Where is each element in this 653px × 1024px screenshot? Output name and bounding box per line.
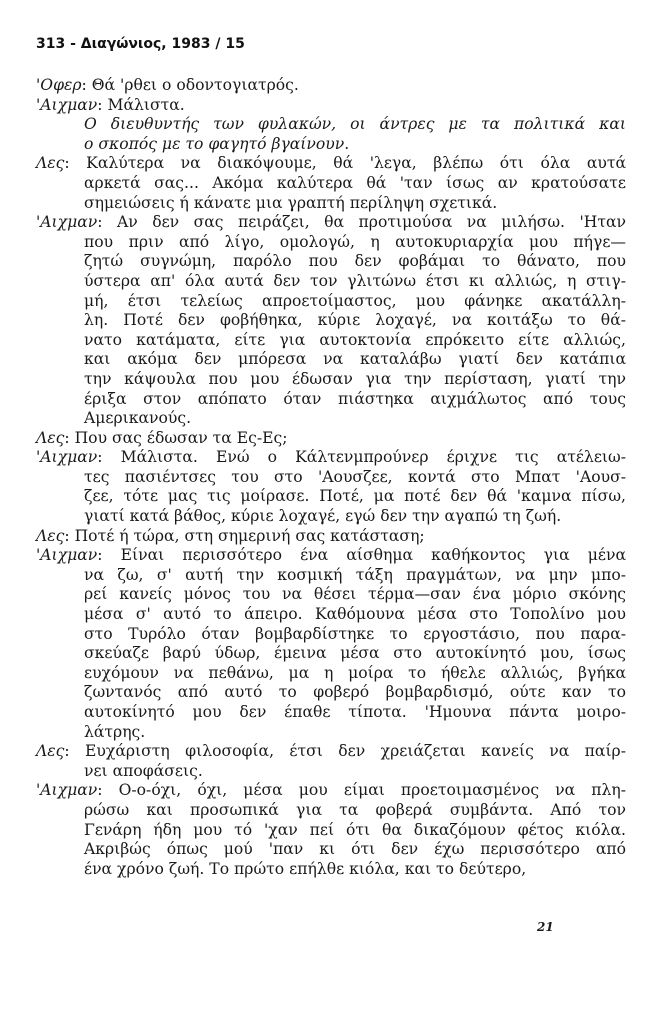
text-line: 'Οφερ: Θά 'ρθει ο οδοντογιατρός.	[36, 76, 626, 96]
text-line: σκεύαζε βαρύ ύδωρ, έμεινα μέσα στο αυτοκ…	[36, 644, 626, 664]
text-line: σημειώσεις ή κάνατε μια γραπτή περίληψη …	[36, 194, 626, 214]
text-line: να ζω, σ' αυτή την κοσμική τάξη πραγμάτω…	[36, 566, 626, 586]
text-line: νατο κατάματα, είτε για αυτοκτονία επρόκ…	[36, 331, 626, 351]
text-line: ευχόμουν να πεθάνω, μα η μοίρα το ήθελε …	[36, 664, 626, 684]
dialogue-turn: 'Αιχμαν: Μάλιστα.	[36, 96, 626, 116]
dialogue-turn: 'Αιχμαν: Μάλιστα. Ενώ ο Κάλτενμπρούνερ έ…	[36, 448, 626, 526]
text-line: και ακόμα δεν μπόρεσα να καταλάβω γιατί …	[36, 350, 626, 370]
dialogue-turn: 'Αιχμαν: Ο-ο-όχι, όχι, μέσα μου είμαι πρ…	[36, 781, 626, 879]
text-line: Λες: Καλύτερα να διακόψουμε, θά 'λεγα, β…	[36, 154, 626, 174]
text-line: τες πασιέντσες του στο 'Αουσζεε, κοντά σ…	[36, 468, 626, 488]
stage-direction: Ο διευθυντής των φυλακών, οι άντρες με τ…	[36, 115, 626, 154]
text-line: νει αποφάσεις.	[36, 762, 626, 782]
text-line: ο σκοπός με το φαγητό βγαίνουν.	[36, 135, 626, 155]
text-line: Λες: Που σας έδωσαν τα Ες-Ες;	[36, 429, 626, 449]
text-line: 'Αιχμαν: Αν δεν σας πειράζει, θα προτιμο…	[36, 213, 626, 233]
text-line: ζεε, τότε μας τις μοίρασε. Ποτέ, μα ποτέ…	[36, 487, 626, 507]
text-line: Λες: Ευχάριστη φιλοσοφία, έτσι δεν χρειά…	[36, 742, 626, 762]
dialogue-turn: Λες: Ποτέ ή τώρα, στη σημερινή σας κατάσ…	[36, 527, 626, 547]
text-line: ύστερα απ' όλα αυτά δεν τον γλιτώνω έτσι…	[36, 272, 626, 292]
speaker-name: Λες	[36, 429, 64, 447]
speaker-name: Λες	[36, 154, 64, 172]
speaker-name: 'Αιχμαν	[36, 546, 97, 564]
page-header: 313 - Διαγώνιος, 1983 / 15	[36, 36, 245, 52]
text-line: 'Αιχμαν: Μάλιστα.	[36, 96, 626, 116]
text-line: Ο διευθυντής των φυλακών, οι άντρες με τ…	[36, 115, 626, 135]
text-line: 'Αιχμαν: Ο-ο-όχι, όχι, μέσα μου είμαι πρ…	[36, 781, 626, 801]
text-line: Αμερικανούς.	[36, 409, 626, 429]
text-line: 'Αιχμαν: Μάλιστα. Ενώ ο Κάλτενμπρούνερ έ…	[36, 448, 626, 468]
text-line: στο Τυρόλο όταν βομβαρδίστηκε το εργοστά…	[36, 625, 626, 645]
dialogue-turn: 'Αιχμαν: Είναι περισσότερο ένα αίσθημα κ…	[36, 546, 626, 742]
dialogue-turn: 'Οφερ: Θά 'ρθει ο οδοντογιατρός.	[36, 76, 626, 96]
dialogue-turn: Λες: Ευχάριστη φιλοσοφία, έτσι δεν χρειά…	[36, 742, 626, 781]
speaker-name: 'Αιχμαν	[36, 96, 97, 114]
text-line: την κάψουλα που μου έδωσαν για την περίσ…	[36, 370, 626, 390]
text-line: Ακριβώς όπως μού 'παν κι ότι δεν έχω περ…	[36, 840, 626, 860]
page-number: 21	[537, 920, 554, 934]
text-line: ρώσω και προσωπικά για τα φοβερά συμβάντ…	[36, 801, 626, 821]
text-line: λάτρης.	[36, 723, 626, 743]
text-line: αρκετά σας... Ακόμα καλύτερα θά 'ταν ίσω…	[36, 174, 626, 194]
dialogue-turn: Λες: Καλύτερα να διακόψουμε, θά 'λεγα, β…	[36, 154, 626, 213]
dialogue-turn: 'Αιχμαν: Αν δεν σας πειράζει, θα προτιμο…	[36, 213, 626, 429]
dialogue-body: 'Οφερ: Θά 'ρθει ο οδοντογιατρός.'Αιχμαν:…	[36, 76, 626, 879]
speaker-name: 'Αιχμαν	[36, 213, 97, 231]
text-line: Λες: Ποτέ ή τώρα, στη σημερινή σας κατάσ…	[36, 527, 626, 547]
text-line: μέσα σ' αυτό το άπειρο. Καθόμουνα μέσα σ…	[36, 605, 626, 625]
text-line: αυτοκίνητό μου δεν έπαθε τίποτα. 'Ημουνα…	[36, 703, 626, 723]
text-line: ζητώ συγνώμη, παρόλο που δεν φοβάμαι το …	[36, 252, 626, 272]
text-line: ένα χρόνο ζωή. Το πρώτο επήλθε κιόλα, κα…	[36, 860, 626, 880]
speaker-name: Λες	[36, 742, 64, 760]
speaker-name: Λες	[36, 527, 64, 545]
text-line: γιατί κατά βάθος, κύριε λοχαγέ, εγώ δεν …	[36, 507, 626, 527]
speaker-name: 'Οφερ	[36, 76, 82, 94]
text-line: 'Αιχμαν: Είναι περισσότερο ένα αίσθημα κ…	[36, 546, 626, 566]
text-line: λη. Ποτέ δεν φοβήθηκα, κύριε λοχαγέ, να …	[36, 311, 626, 331]
text-line: ζωντανός από αυτό το φοβερό βομβαρδισμό,…	[36, 683, 626, 703]
text-line: που πριν από λίγο, ομολογώ, η αυτοκυριαρ…	[36, 233, 626, 253]
text-line: μή, έτσι τελείως απροετοίμαστος, μου φάν…	[36, 292, 626, 312]
speaker-name: 'Αιχμαν	[36, 448, 97, 466]
text-line: ρεί κανείς μόνος του να θέσει τέρμα—σαν …	[36, 585, 626, 605]
dialogue-turn: Λες: Που σας έδωσαν τα Ες-Ες;	[36, 429, 626, 449]
text-line: Γενάρη ήδη μου τό 'χαν πεί ότι θα δικαζό…	[36, 821, 626, 841]
speaker-name: 'Αιχμαν	[36, 781, 97, 799]
text-line: έριξα στον απόπατο όταν πιάστηκα αιχμάλω…	[36, 390, 626, 410]
